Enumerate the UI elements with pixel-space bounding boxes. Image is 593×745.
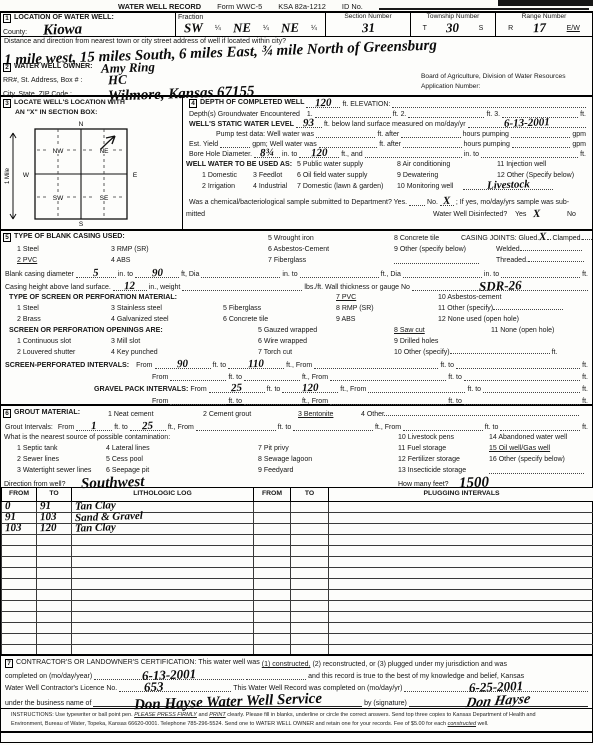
screen-option: 3 Stainless steel [111,305,162,312]
instructions-and: and [199,712,208,718]
spi2-ft-from: ft., From [302,374,328,381]
board-block: Board of Agriculture, Division of Water … [421,72,566,92]
constructed-selected: (1) constructed, [262,661,311,668]
section4-depth: 4DEPTH OF COMPLETED WELL 120 ft. ELEVATI… [183,97,592,229]
section-number-value: 31 [361,23,374,31]
screen-option: 5 Fiberglass [223,305,261,312]
litho-row-empty [2,611,593,622]
wall-value: SDR-26 [479,281,522,290]
licence-value: 653 [144,683,164,692]
litho-row: 103 120 Tan Clay [2,523,593,534]
county-value: Kiowa [43,25,82,34]
casing-option: 6 Asbestos-Cement [268,246,329,253]
grout-option: 4 Other [361,411,384,418]
use-option: 2 Irrigation [202,183,235,190]
screen-option: 6 Concrete tile [223,316,268,323]
casing-option: 4 ABS [111,257,130,264]
depth-value: 120 [315,99,332,108]
groundwater-label: Depth(s) Groundwater Encountered [189,111,300,118]
fraction-3: NE [281,24,299,33]
diam-ft-dia: ft, Dia [181,271,199,278]
depth-label: DEPTH OF COMPLETED WELL [200,98,304,106]
spi-ft-to-2: ft. to [440,362,454,369]
bore-diameter: 8¾ [260,149,274,157]
litho-desc: Tan Clay [75,524,116,532]
gravel2-ft: ft. [582,398,588,405]
opening-ft: ft. [552,349,558,356]
litho-row-empty [2,589,593,600]
township-s: S [479,25,484,32]
contamination-label: What is the nearest source of possible c… [4,434,170,441]
contamination-option: 11 Fuel storage [398,445,446,452]
gi-from-value: 1 [91,422,97,430]
screen-option-selected: 7 PVC [336,294,356,301]
instructions-text-2: Environment, Bureau of Water, Topeka, Ka… [11,721,446,727]
yield-label: Est. Yield [189,141,218,148]
use-option: 3 Feedlot [253,172,282,179]
opening-option: 10 Other (specify) [394,349,450,356]
litho-row-empty [2,622,593,633]
casing-title: TYPE OF BLANK CASING USED: [14,232,125,240]
bore-in-to-2: in. to [464,151,479,158]
direction-value: Southwest [81,478,145,488]
section7-number: 7 [5,659,13,668]
section7-certification: 7CONTRACTOR'S OR LANDOWNER'S CERTIFICATI… [1,656,592,708]
screen-option: 2 Brass [17,316,41,323]
print-emphasis: PRINT [209,712,226,718]
section2-title: WATER WELL OWNER: [14,62,93,70]
litho-desc: Tan Clay [75,502,116,510]
distance-row: 1 mile west, 15 miles South, 6 miles Eas… [1,46,592,59]
diam-in-to: in. to [118,271,133,278]
fraction-2: NE [233,24,251,33]
lithologic-log-table: FROM TO LITHOLOGIC LOG FROM TO PLUGGING … [1,488,593,656]
contamination-option: 9 Feedyard [258,467,293,474]
contamination-option: 12 Fertilizer storage [398,456,460,463]
contamination-option: 16 Other (specify below) [489,456,565,463]
contamination-option: 2 Sewer lines [17,456,59,463]
glued-mark: X [539,233,547,241]
static-level-label: WELL'S STATIC WATER LEVEL [189,121,294,128]
feet-value: 1500 [459,478,489,487]
gi-from-label: From [58,424,74,431]
use-option: 8 Air conditioning [397,161,450,168]
address-value: HC [108,76,127,85]
form-body: 1LOCATION OF WATER WELL: County: Kiowa F… [0,11,593,743]
static-level-date: 6-13-2001 [504,118,550,128]
spi2-ft-to-2: ft. to [448,374,462,381]
gravel-ft-to: ft. to [267,386,281,393]
ksa-number: KSA 82a-1212 [278,3,326,10]
spi-ft: ft. [582,362,588,369]
disinfected-row: mitted Water Well Disinfected? Yes X No [185,206,590,219]
contamination-option: 1 Septic tank [17,445,57,452]
gravel-label: GRAVEL PACK INTERVALS: [94,386,188,393]
litho-from: 103 [5,524,22,532]
contamination-option: 4 Lateral lines [106,445,150,452]
chem-sample-question: Was a chemical/bacteriological sample su… [189,199,407,206]
instructions-text-2-rest: well. [478,721,489,727]
business-name-label: under the business name of [5,700,91,707]
yield-hours: hours pumping [464,141,510,148]
casing-option: 3 RMP (SR) [111,246,149,253]
col-header-from-2: FROM [254,488,291,501]
gi-to-value: 25 [142,422,153,430]
certification-line: CONTRACTOR'S OR LANDOWNER'S CERTIFICATIO… [16,658,260,666]
casing-height-value: 12 [124,282,135,290]
bore-ft-and: ft., and [341,151,362,158]
welded-label: Welded [496,246,520,253]
quarter-symbol: ¼ [263,25,269,32]
casing-option: 1 Steel [17,246,39,253]
static-level-after: ft. below land surface measured on mo/da… [324,121,466,128]
contamination-option: 7 Pit privy [258,445,289,452]
bore-label: Bore Hole Diameter. [189,151,252,158]
section6-grout: 6GROUT MATERIAL: 1 Neat cement 2 Cement … [1,406,592,488]
pump-hours: hours pumping [463,131,509,138]
litho-row-empty [2,534,593,545]
city-label: City, State, ZIP Code : [3,91,108,98]
quadrant-sw-label: SW [53,195,64,202]
litho-from: 0 [5,502,11,509]
section1-number: 1 [3,14,11,23]
litho-row-empty [2,644,593,655]
diam-ft: ft. [582,271,588,278]
use-option: 9 Dewatering [397,172,438,179]
gi-ft-from-2: ft., From [375,424,401,431]
county-cell: 1LOCATION OF WATER WELL: County: Kiowa [1,13,176,36]
compass-n: N [79,121,84,128]
form-title: WATER WELL RECORD [118,3,201,10]
id-label: ID No. [342,3,363,10]
instructions: INSTRUCTIONS: Use typewriter or ball poi… [1,708,592,733]
diam-in-to-3: in. to [484,271,499,278]
use-option: 5 Public water supply [297,161,363,168]
township-value: 30 [446,23,459,31]
direction-label: Direction from well? [4,481,65,488]
litho-desc: Sand & Gravel [75,512,143,521]
record-date: 6-25-2001 [469,682,523,692]
casing-diameter-label: Blank casing diameter [5,271,74,278]
instructions-text-rest: clearly. Please fill in blanks, underlin… [227,712,535,718]
gravel-ft-from: ft., From [340,386,366,393]
quadrant-nw-label: NW [53,148,65,155]
gi-ft-to-2: ft. to [278,424,292,431]
signature-value: Don Hayse [466,696,531,709]
section6-number: 6 [3,409,11,418]
use-option: 4 Industrial [253,183,287,190]
gravel-ft: ft. [582,386,588,393]
spi-ft-from: ft., From [286,362,312,369]
disinfected-yes-label: Yes [515,211,526,218]
section3-number: 3 [3,99,11,108]
litho-row-empty [2,556,593,567]
litho-from: 91 [5,513,16,520]
compass-s: S [79,221,84,227]
opening-option: 9 Drilled holes [394,338,438,345]
clamped-label: Clamped. [552,235,582,242]
board-of-agriculture: Board of Agriculture, Division of Water … [421,72,566,82]
casing-height-label: Casing height above land surface. [5,284,111,291]
disinfected-no-label: No [567,211,576,218]
opening-option: 5 Gauzed wrapped [258,327,317,334]
gw-ft: ft. [580,111,586,118]
casing-option: 5 Wrought iron [268,235,314,242]
casing-depth-value: 90 [151,269,162,277]
section4-number: 4 [189,99,197,108]
bore-ft: ft. [580,151,586,158]
spi-ft-to: ft. to [213,362,227,369]
use-other-value: Livestock [486,180,529,189]
range-r: R [508,25,513,32]
gi-ft: ft. [582,424,588,431]
litho-to: 103 [40,513,57,521]
chem-no-label: No. [427,199,438,206]
county-label: County: [3,29,27,36]
screen-option: 11 Other (specify) [438,305,493,312]
bore-depth: 120 [311,149,328,158]
township-cell: Township Number T 30 S [411,13,496,36]
range-cell: Range Number R 17 E/W [496,13,592,36]
grout-option: 2 Cement grout [203,411,251,418]
litho-row-empty [2,578,593,589]
casing-option: 7 Fiberglass [268,257,306,264]
pump-test-label: Pump test data: [216,131,265,138]
casing-option: 9 Other (specify below) [394,246,466,253]
casing-diameter-value: 5 [93,269,99,277]
instructions-text: INSTRUCTIONS: Use typewriter or ball poi… [11,712,133,718]
screen-intervals-label: SCREEN-PERFORATED INTERVALS: [5,362,129,369]
gi-ft-to-3: ft. to [485,424,499,431]
compass-e: E [133,172,138,179]
gravel2-ft-to-2: ft. to [448,398,462,405]
gw-2: ft. 2. [393,111,407,118]
gravel2-from-label: From [152,398,168,405]
yield-ft-after: ft. after [379,141,401,148]
pump-well-water: Well water was [267,131,314,138]
scan-artifact [498,0,593,6]
section3-title-2: AN "X" IN SECTION BOX: [15,109,97,116]
application-number-label: Application Number: [421,82,566,92]
casing-joints-label: CASING JOINTS: Glued. [461,235,539,242]
grout-option: 1 Neat cement [108,411,154,418]
casing-option: 8 Concrete tile [394,235,439,242]
use-option: 12 Other (Specify below) [497,172,574,179]
range-value: 17 [533,23,546,31]
litho-row: 0 91 Tan Clay [2,501,593,512]
section2-number: 2 [3,63,11,72]
range-ew: E/W [567,25,580,32]
chem-mitted: mitted [186,211,205,218]
openings-title: SCREEN OR PERFORATION OPENINGS ARE: [9,327,163,334]
gravel-from-value: 25 [231,384,242,392]
use-option: 10 Monitoring well [397,183,453,190]
quadrant-ne-label: NE [99,148,109,155]
used-as-row-3: 2 Irrigation 4 Industrial 7 Domestic (la… [185,180,590,191]
quadrant-se-label: SE [100,195,109,202]
screen-material-title: TYPE OF SCREEN OR PERFORATION MATERIAL: [9,294,177,301]
gravel2-ft-from: ft., From [302,398,328,405]
gi-ft-from: ft., From [168,424,194,431]
screen-option: 9 ABS [336,316,355,323]
grout-option-selected: 3 Bentonite [298,411,333,418]
signature-label: by (signature) [364,700,407,707]
disinfected-label: Water Well Disinfected? [433,211,507,218]
constructed-emphasis: constructed [448,721,476,727]
disinfected-yes-mark: X [533,210,541,218]
litho-row-empty [2,633,593,644]
section2-owner: 2WATER WELL OWNER: Amy Ring RR#, St. Add… [1,59,592,97]
pump-ft-after: ft. after [377,131,399,138]
compass-w: W [23,172,30,179]
litho-to: 120 [40,524,57,532]
litho-to: 91 [40,502,51,509]
quarter-symbol: ¼ [215,25,221,32]
elevation-label: ft. ELEVATION: [342,101,390,108]
section5-casing: 5TYPE OF BLANK CASING USED: 5 Wrought ir… [1,231,592,406]
screen-option: 8 RMP (SR) [336,305,374,312]
opening-option-selected: 8 Saw cut [394,327,425,334]
contamination-option: 3 Watertight sewer lines [17,467,91,474]
opening-option: 7 Torch cut [258,349,292,356]
gw-3: ft. 3. [486,111,500,118]
section1-title: LOCATION OF WATER WELL: [14,13,114,21]
used-as-label: WELL WATER TO BE USED AS: [186,161,292,168]
spi2-ft: ft. [582,374,588,381]
section1-location: 1LOCATION OF WATER WELL: County: Kiowa F… [1,13,592,37]
litho-row-empty [2,567,593,578]
contamination-option: 5 Cess pool [106,456,143,463]
contamination-option: 8 Sewage lagoon [258,456,312,463]
gravel-ft-to-2: ft. to [467,386,481,393]
opening-option: 6 Wire wrapped [258,338,307,345]
spi-to-value: 110 [248,360,264,369]
yield-gpm: gpm [572,141,586,148]
use-option: 6 Oil field water supply [297,172,367,179]
diam-in-to-2: in. to [282,271,297,278]
use-option: 11 Injection well [497,161,546,168]
diam-ft-dia-2: ft., Dia [381,271,401,278]
screen-option: 10 Asbestos-cement [438,294,501,301]
spi-from-label: From [136,362,152,369]
chem-if-yes: ; If yes, mo/day/yrs sample was sub- [456,199,569,206]
quarter-symbol: ¼ [311,25,317,32]
section-box-diagram: 1 Mile NW NE SW SE N [3,117,181,227]
contamination-option: 14 Abandoned water well [489,434,567,441]
yield-well-water: Well water was [270,141,317,148]
one-mile-label: 1 Mile [5,167,11,184]
litho-row-empty [2,545,593,556]
fraction-cell: Fraction SW¼ NE¼ NE¼ [176,13,326,36]
spi2-ft-to: ft. to [228,374,242,381]
screen-option: 4 Galvanized steel [111,316,169,323]
contamination-option-selected: 15 Oil well/Gas well [489,445,550,452]
gravel2-ft-to: ft. to [228,398,242,405]
opening-option: 11 None (open hole) [491,327,554,334]
section5-number: 5 [3,233,11,242]
pump-gpm: gpm [572,131,586,138]
licence-label: Water Well Contractor's Licence No. [5,685,117,692]
gravel-to-value: 120 [302,384,319,393]
wall-label: lbs./ft. Wall thickness or gauge No [304,284,410,291]
chem-no-mark: X [443,197,451,205]
grout-intervals-label: Grout Intervals: [5,424,53,431]
weight-label: in., weight [149,284,181,291]
water-well-record-form: WATER WELL RECORD Form WWC-5 KSA 82a-121… [0,0,593,745]
form-number: Form WWC-5 [217,3,262,10]
use-option: 7 Domestic (lawn & garden) [297,183,383,190]
opening-option: 4 Key punched [111,349,158,356]
threaded-label: Threaded. [496,257,528,264]
section-number-cell: Section Number 31 [326,13,411,36]
section3-locate-box: 3LOCATE WELL'S LOCATION WITH AN "X" IN S… [1,97,183,229]
spi2-from-label: From [152,374,168,381]
gravel-from-label: From [190,386,206,393]
use-option: 1 Domestic [202,172,237,179]
used-as-row-1: WELL WATER TO BE USED AS: 5 Public water… [185,158,590,169]
certification-line-rest: (2) reconstructed, or (3) plugged under … [312,661,507,668]
opening-option: 1 Continuous slot [17,338,71,345]
opening-option: 3 Mill slot [111,338,140,345]
col-header-to-2: TO [291,488,329,501]
casing-option-selected: 2 PVC [17,257,37,264]
spi-from-value: 90 [177,360,188,368]
grout-title: GROUT MATERIAL: [14,408,80,416]
fraction-1: SW [184,24,203,33]
screen-option: 1 Steel [17,305,39,312]
gi-ft-to: ft. to [114,424,128,431]
business-name-value: Don Hayse Water Well Service [134,695,322,710]
contamination-option: 10 Livestock pens [398,434,454,441]
address-label: RR#, St. Address, Box # : [3,77,108,84]
litho-row-empty [2,600,593,611]
township-t: T [423,25,427,32]
opening-option: 2 Louvered shutter [17,349,75,356]
feet-label: How many feet? [398,481,449,488]
bore-in-to: in. to [282,151,297,158]
completed-label: completed on (mo/day/year) [5,673,92,680]
screen-option: 12 None used (open hole) [438,316,519,323]
col-header-to: TO [37,488,72,501]
contamination-option: 13 Insecticide storage [398,467,466,474]
static-level-value: 93 [303,119,314,127]
